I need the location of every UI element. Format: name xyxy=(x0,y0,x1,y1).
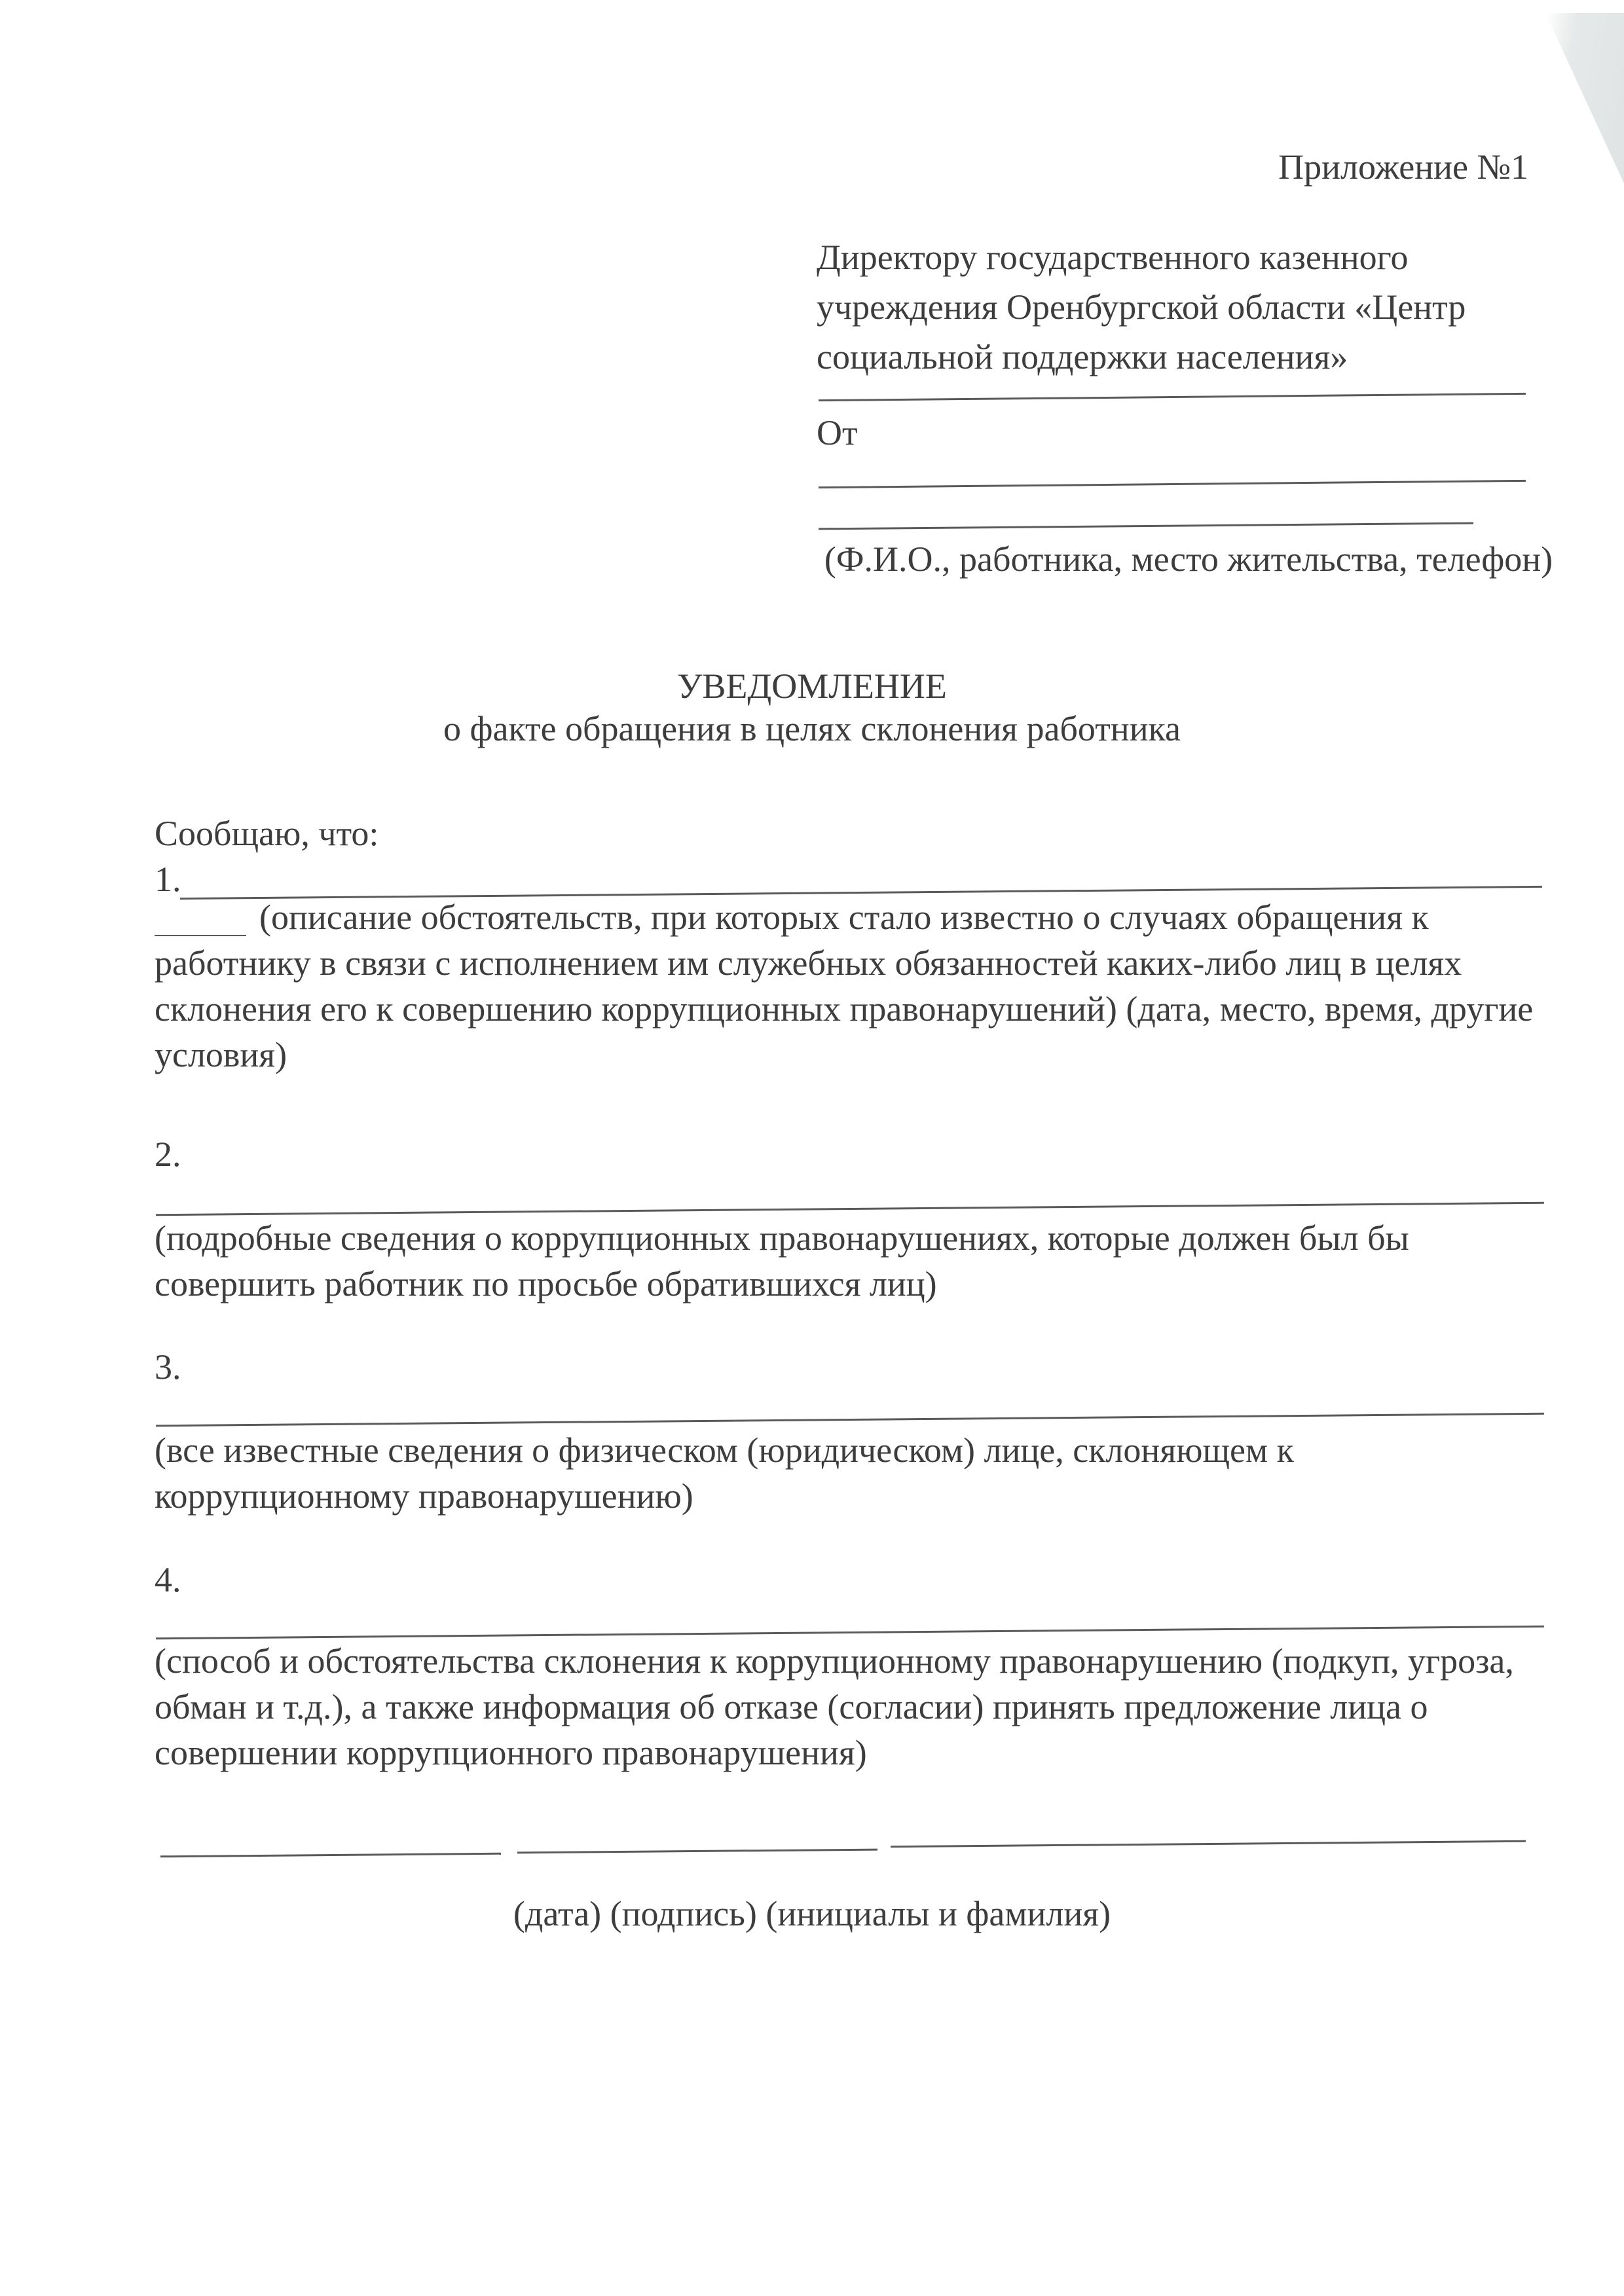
item-4-hint: (способ и обстоятельства склонения к кор… xyxy=(155,1638,1556,1776)
scanned-document-page: Приложение №1 Директору государственного… xyxy=(0,0,1624,2296)
addressee-line-2: учреждения Оренбургской области «Центр xyxy=(817,282,1466,332)
document-subtitle: о факте обращения в целях склонения рабо… xyxy=(0,707,1624,750)
addressee-blank-line[interactable] xyxy=(819,393,1526,401)
item-1-hint: (описание обстоятельств, при которых ста… xyxy=(155,894,1543,1078)
addressee-block: Директору государственного казенного учр… xyxy=(817,232,1466,382)
annex-label: Приложение №1 xyxy=(1278,145,1528,189)
from-blank-line-2[interactable] xyxy=(819,522,1473,530)
signature-blank-line[interactable] xyxy=(517,1849,877,1854)
addressee-line-3: социальной поддержки населения» xyxy=(817,332,1466,382)
item-4-number: 4. xyxy=(155,1558,181,1601)
item-2-hint: (подробные сведения о коррупционных прав… xyxy=(155,1215,1543,1307)
date-blank-line[interactable] xyxy=(160,1853,501,1858)
item-2-blank-line[interactable] xyxy=(156,1202,1544,1216)
intro-text: Сообщаю, что: xyxy=(155,812,378,855)
item-3-number: 3. xyxy=(155,1345,181,1389)
addressee-line-1: Директору государственного казенного xyxy=(817,232,1466,282)
from-hint: (Ф.И.О., работника, место жительства, те… xyxy=(819,536,1559,583)
name-blank-line[interactable] xyxy=(891,1840,1526,1848)
item-3-blank-line[interactable] xyxy=(156,1413,1544,1427)
from-label: От xyxy=(817,411,858,454)
from-blank-line-1[interactable] xyxy=(819,480,1526,488)
item-3-hint: (все известные сведения о физическом (юр… xyxy=(155,1427,1543,1519)
item-2-number: 2. xyxy=(155,1133,181,1176)
document-title: УВЕДОМЛЕНИЕ xyxy=(0,665,1624,708)
page-corner-fold xyxy=(1545,13,1624,183)
signature-caption: (дата) (подпись) (инициалы и фамилия) xyxy=(0,1892,1624,1935)
